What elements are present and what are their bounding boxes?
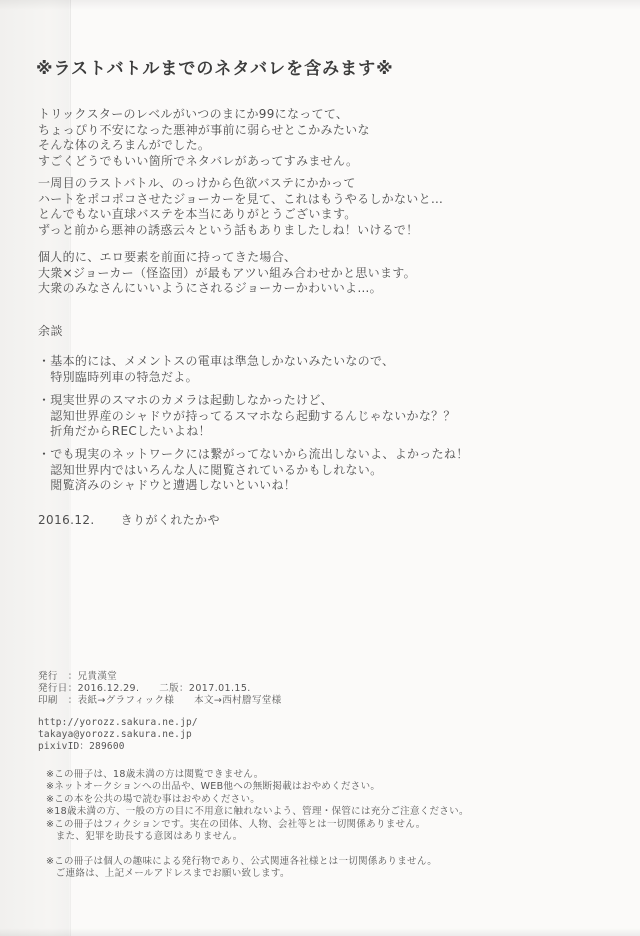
colophon-contact-info: http://yorozz.sakura.ne.jp/ takaya@yoroz… (38, 717, 198, 753)
disclaimer-block-1: ※この冊子は、18歳未満の方は閲覧できません。 ※ネットオークションへの出品や、… (46, 769, 469, 818)
aside-bullet-3: ・でも現実のネットワークには繋がってないから流出しないよ、よかったね！ 認知世界… (38, 447, 469, 494)
disclaimer-block-2: ※この冊子はフィクションです。実在の団体、人物、会社等とは一切関係ありません。 … (46, 819, 426, 844)
signoff-author: きりがくれたかや (121, 513, 220, 527)
scan-top-edge (0, 0, 640, 10)
scanned-afterword-page: ※ラストバトルまでのネタバレを含みます※ トリックスターのレベルがいつのまにか9… (0, 0, 640, 936)
afterword-paragraph-2: 一周目のラストバトル、のっけから色欲バステにかかって ハートをポコポコさせたジョ… (38, 176, 443, 238)
signoff-line: 2016.12.きりがくれたかや (38, 511, 220, 528)
disclaimer-block-3: ※この冊子は個人の趣味による発行物であり、公式関連各社様とは一切関係ありません。… (46, 856, 437, 881)
signoff-date: 2016.12. (38, 513, 95, 527)
aside-heading: 余談 (38, 322, 63, 339)
scan-bottom-edge (0, 928, 640, 936)
aside-bullet-2: ・現実世界のスマホのカメラは起動しなかったけど、 認知世界産のシャドウが持ってる… (38, 393, 456, 440)
colophon-publisher-info: 発行 ：兄貴漢堂 発行日：2016.12.29. 二版：2017.01.15. … (38, 671, 282, 707)
aside-bullet-1: ・基本的には、メメントスの電車は準急しかないみたいなので、 特別臨時列車の特急だ… (38, 354, 394, 385)
afterword-paragraph-3: 個人的に、エロ要素を前面に持ってきた場合、 大衆×ジョーカー（怪盗団）が最もアツ… (38, 250, 416, 297)
spoiler-warning-title: ※ラストバトルまでのネタバレを含みます※ (36, 54, 394, 79)
afterword-paragraph-1: トリックスターのレベルがいつのまにか99になってて、 ちょっぴり不安になった悪神… (38, 107, 370, 169)
